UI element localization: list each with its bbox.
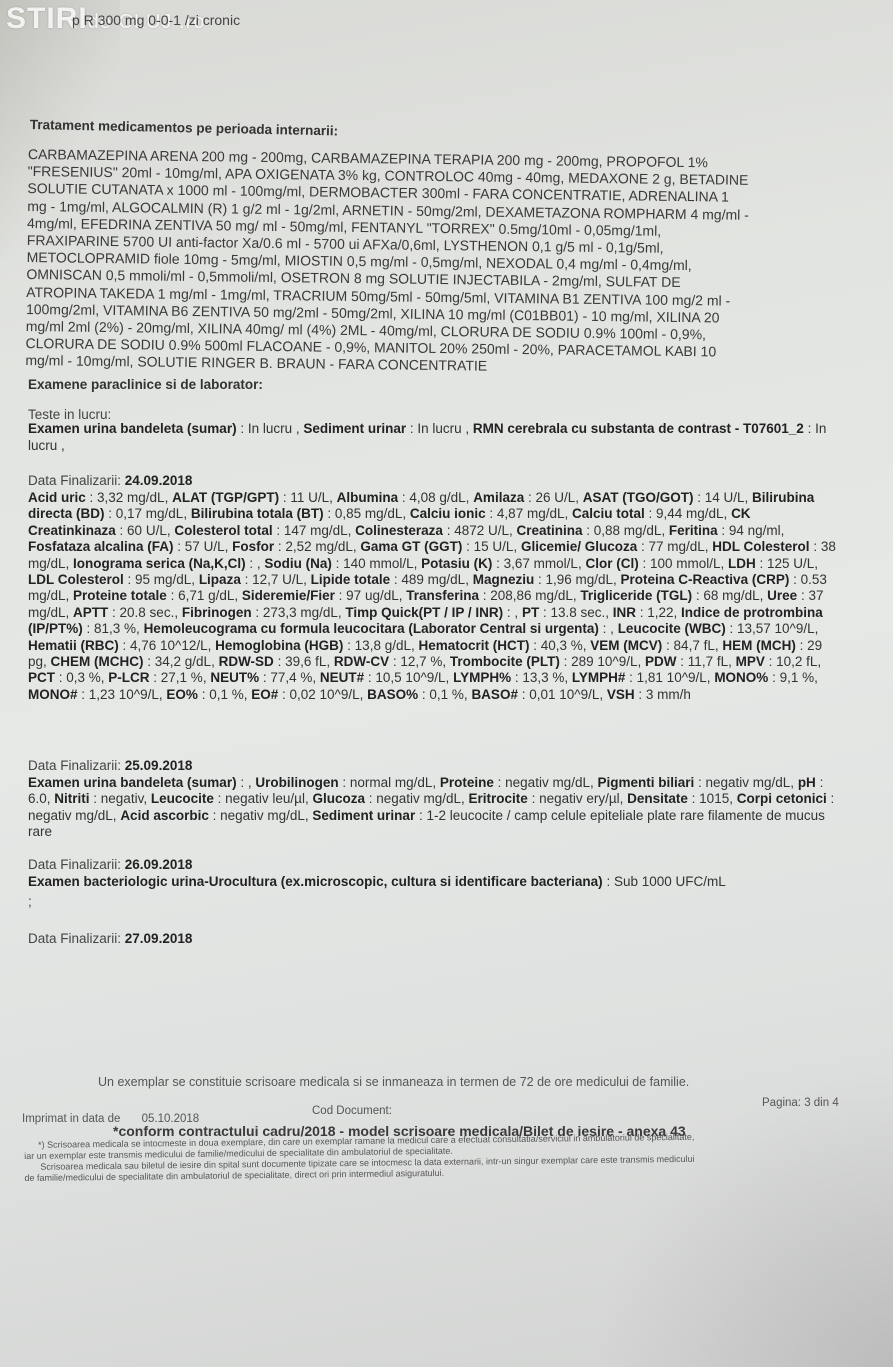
- test-name: Bilirubina totala (BT): [191, 506, 324, 521]
- test-value: : 10,2 fL,: [765, 654, 821, 669]
- treatment-list: CARBAMAZEPINA ARENA 200 mg - 200mg, CARB…: [25, 146, 828, 379]
- test-name: P-LCR: [108, 670, 149, 685]
- test-value: : 81,3 %,: [83, 621, 144, 636]
- test-value: : 39,6 fL,: [274, 654, 334, 669]
- test-name: BASO%: [367, 687, 418, 702]
- test-name: NEUT%: [210, 670, 259, 685]
- test-value: : 3,32 mg/dL,: [86, 490, 172, 505]
- test-value: : negativ ery/µl,: [528, 791, 627, 806]
- test-name: LYMPH%: [453, 670, 511, 685]
- test-value: : negativ mg/dL,: [209, 808, 313, 823]
- footer-notice: Un exemplar se constituie scrisoare medi…: [98, 1075, 689, 1089]
- test-name: Acid ascorbic: [120, 808, 209, 823]
- test-name: Ionograma serica (Na,K,Cl): [73, 556, 246, 571]
- test-name: NEUT#: [320, 670, 364, 685]
- test-value: : ,: [599, 621, 618, 636]
- test-value: : 147 mg/dL,: [273, 523, 356, 538]
- test-name: Leucocite: [151, 791, 214, 806]
- test-value: : 97 ug/dL,: [335, 588, 406, 603]
- test-value: : 20.8 sec.,: [108, 605, 182, 620]
- test-value: : 27,1 %,: [150, 670, 211, 685]
- test-name: CHEM (MCHC): [51, 654, 144, 669]
- test-value: : 94 ng/ml,: [718, 523, 785, 538]
- test-value: : 208,86 mg/dL,: [479, 588, 580, 603]
- test-name: Examen urina bandeleta (sumar): [28, 421, 237, 436]
- test-name: Examen bacteriologic urina-Urocultura (e…: [28, 874, 603, 889]
- test-status: : In lucru ,: [237, 421, 304, 436]
- photo-shadow-bottom: [593, 1067, 893, 1367]
- test-name: EO%: [166, 687, 198, 702]
- test-value: : 0,1 %,: [418, 687, 471, 702]
- test-value: : 34,2 g/dL,: [144, 654, 219, 669]
- test-value: : ,: [237, 775, 256, 790]
- lab-group: Data Finalizarii: 26.09.2018Examen bacte…: [28, 857, 838, 909]
- test-name: APTT: [73, 605, 108, 620]
- test-name: Hematocrit (HCT): [418, 638, 529, 653]
- test-value: : 84,7 fL,: [662, 638, 722, 653]
- test-name: Sodiu (Na): [264, 556, 332, 571]
- test-name: Amilaza: [473, 490, 524, 505]
- test-name: Calciu total: [572, 506, 645, 521]
- test-name: Proteina C-Reactiva (CRP): [621, 572, 790, 587]
- test-name: VEM (MCV): [590, 638, 662, 653]
- test-value: : normal mg/dL,: [339, 775, 440, 790]
- test-name: Fosfor: [232, 539, 274, 554]
- test-name: Trombocite (PLT): [450, 654, 560, 669]
- test-value: : 77 mg/dL,: [637, 539, 712, 554]
- test-name: Fosfataza alcalina (FA): [28, 539, 174, 554]
- lab-result-text: Examen urina bandeleta (sumar) : , Urobi…: [28, 775, 838, 841]
- test-value: : 1015,: [688, 791, 737, 806]
- test-name: Proteine: [440, 775, 494, 790]
- test-value: : 12,7 %,: [389, 654, 450, 669]
- test-value: : 11 U/L,: [279, 490, 337, 505]
- test-value: : 0,85 mg/dL,: [324, 506, 410, 521]
- test-name: Glicemie/ Glucoza: [521, 539, 637, 554]
- test-name: Fibrinogen: [182, 605, 252, 620]
- test-value: : 1,96 mg/dL,: [534, 572, 620, 587]
- test-name: Hemoglobina (HGB): [215, 638, 343, 653]
- test-value: : 140 mmol/L,: [332, 556, 421, 571]
- test-value: : 4,76 10^12/L,: [119, 638, 215, 653]
- test-status: : In lucru ,: [406, 421, 473, 436]
- test-value: : 100 mmol/L,: [639, 556, 728, 571]
- test-value: : negativ mg/dL,: [494, 775, 598, 790]
- test-value: : 11,7 fL,: [677, 654, 736, 669]
- test-value: : 4,87 mg/dL,: [486, 506, 572, 521]
- test-value: : 3,67 mmol/L,: [492, 556, 585, 571]
- test-value: : 9,1 %,: [768, 670, 818, 685]
- test-value: : 1,81 10^9/L,: [625, 670, 714, 685]
- test-name: HEM (MCH): [722, 638, 796, 653]
- test-name: Leucocite (WBC): [618, 621, 726, 636]
- test-name: Timp Quick(PT / IP / INR): [345, 605, 503, 620]
- test-value: : ,: [503, 605, 522, 620]
- test-name: Feritina: [669, 523, 718, 538]
- test-value: : negativ,: [90, 791, 151, 806]
- printed-label: Imprimat in data de: [22, 1113, 120, 1125]
- separator-mark: ;: [28, 894, 838, 909]
- completion-date-label: Data Finalizarii:: [28, 473, 125, 488]
- test-name: PT: [522, 605, 539, 620]
- test-name: ALAT (TGP/GPT): [172, 490, 279, 505]
- completion-date: 25.09.2018: [125, 758, 193, 773]
- lab-result-text: Acid uric : 3,32 mg/dL, ALAT (TGP/GPT) :…: [28, 490, 838, 703]
- completion-date-label: Data Finalizarii:: [28, 857, 125, 872]
- test-value: : 0,1 %,: [198, 687, 251, 702]
- test-name: BASO#: [471, 687, 518, 702]
- test-name: Eritrocite: [469, 791, 528, 806]
- test-value: : 95 mg/dL,: [124, 572, 199, 587]
- lab-group: Data Finalizarii: 25.09.2018Examen urina…: [28, 758, 838, 841]
- test-name: PCT: [28, 670, 55, 685]
- test-value: : 0,01 10^9/L,: [518, 687, 607, 702]
- test-name: LDL Colesterol: [28, 572, 124, 587]
- test-name: LDH: [728, 556, 756, 571]
- test-name: Magneziu: [473, 572, 535, 587]
- lab-result-text: Examen bacteriologic urina-Urocultura (e…: [28, 874, 838, 890]
- completion-date-row: Data Finalizarii: 25.09.2018: [28, 758, 838, 773]
- test-name: Sediment urinar: [303, 421, 406, 436]
- test-name: ASAT (TGO/GOT): [583, 490, 694, 505]
- in-progress-tests: Examen urina bandeleta (sumar) : In lucr…: [28, 420, 828, 454]
- test-value: : 4872 U/L,: [443, 523, 517, 538]
- test-value: : ,: [246, 556, 265, 571]
- test-name: Urobilinogen: [255, 775, 338, 790]
- test-value: : 10,5 10^9/L,: [364, 670, 453, 685]
- footer-notes: *) Scrisoarea medicala se intocmeste in …: [24, 1130, 854, 1184]
- test-name: Sediment urinar: [312, 808, 415, 823]
- test-name: pH: [798, 775, 816, 790]
- test-value: : 77,4 %,: [259, 670, 320, 685]
- test-value: : negativ mg/dL,: [694, 775, 798, 790]
- test-name: Clor (Cl): [585, 556, 638, 571]
- test-value: : 1,23 10^9/L,: [78, 687, 167, 702]
- test-name: Nitriti: [54, 791, 89, 806]
- test-value: : 4,08 g/dL,: [398, 490, 473, 505]
- exams-title: Examene paraclinice si de laborator:: [28, 377, 263, 392]
- test-value: : 13,3 %,: [511, 670, 572, 685]
- test-name: Creatinina: [517, 523, 583, 538]
- test-value: : Sub 1000 UFC/mL: [603, 874, 726, 889]
- test-name: Hemoleucograma cu formula leucocitara (L…: [144, 621, 599, 636]
- test-value: : 57 U/L,: [174, 539, 233, 554]
- test-value: : 9,44 mg/dL,: [645, 506, 731, 521]
- test-name: MONO%: [714, 670, 768, 685]
- completion-date-label: Data Finalizarii:: [28, 931, 125, 946]
- test-name: Hematii (RBC): [28, 638, 119, 653]
- test-name: VSH: [607, 687, 635, 702]
- test-name: MPV: [736, 654, 765, 669]
- test-value: : 68 mg/dL,: [692, 588, 767, 603]
- test-value: : negativ leu/µl,: [214, 791, 313, 806]
- test-name: Glucoza: [312, 791, 365, 806]
- test-name: RDW-CV: [334, 654, 389, 669]
- completion-date: 27.09.2018: [125, 931, 193, 946]
- test-value: : 0,17 mg/dL,: [105, 506, 191, 521]
- test-name: RMN cerebrala cu substanta de contrast -…: [473, 421, 804, 436]
- test-name: PDW: [645, 654, 677, 669]
- test-name: Albumina: [337, 490, 399, 505]
- test-name: Trigliceride (TGL): [580, 588, 692, 603]
- completion-date: 24.09.2018: [125, 473, 193, 488]
- test-name: Proteine totale: [73, 588, 167, 603]
- lab-group: Data Finalizarii: 24.09.2018Acid uric : …: [28, 473, 838, 703]
- test-name: Potasiu (K): [421, 556, 492, 571]
- test-value: : 60 U/L,: [116, 523, 175, 538]
- test-name: Colesterol total: [174, 523, 272, 538]
- test-name: Calciu ionic: [410, 506, 486, 521]
- test-value: : negativ mg/dL,: [365, 791, 469, 806]
- test-value: : 2,52 mg/dL,: [274, 539, 360, 554]
- test-name: Sideremie/Fier: [242, 588, 335, 603]
- test-value: : 0,88 mg/dL,: [583, 523, 669, 538]
- test-value: : 0,3 %,: [55, 670, 108, 685]
- test-name: Colinesteraza: [355, 523, 443, 538]
- test-name: Pigmenti biliari: [597, 775, 694, 790]
- test-value: : 0,02 10^9/L,: [278, 687, 367, 702]
- test-name: Transferina: [406, 588, 479, 603]
- cod-document-label: Cod Document:: [312, 1105, 392, 1117]
- test-name: LYMPH#: [572, 670, 626, 685]
- test-name: HDL Colesterol: [712, 539, 809, 554]
- completion-date-row: Data Finalizarii: 26.09.2018: [28, 857, 838, 872]
- test-value: : 289 10^9/L,: [560, 654, 645, 669]
- test-value: : 13.8 sec.,: [539, 605, 613, 620]
- test-name: Uree: [767, 588, 797, 603]
- test-value: : 489 mg/dL,: [390, 572, 473, 587]
- completion-date-label: Data Finalizarii:: [28, 758, 125, 773]
- test-name: EO#: [251, 687, 278, 702]
- test-name: MONO#: [28, 687, 78, 702]
- lab-group: Data Finalizarii: 27.09.2018: [28, 931, 838, 948]
- test-value: : 26 U/L,: [524, 490, 583, 505]
- test-value: : 1,22,: [636, 605, 681, 620]
- test-name: Gama GT (GGT): [360, 539, 462, 554]
- test-name: Lipide totale: [311, 572, 391, 587]
- test-name: Acid uric: [28, 490, 86, 505]
- test-value: : 3 mm/h: [635, 687, 691, 702]
- test-value: : 13,57 10^9/L,: [726, 621, 819, 636]
- test-name: Densitate: [627, 791, 688, 806]
- test-name: Examen urina bandeleta (sumar): [28, 775, 237, 790]
- test-name: INR: [613, 605, 636, 620]
- test-name: Corpi cetonici: [737, 791, 827, 806]
- test-value: : 13,8 g/dL,: [343, 638, 418, 653]
- test-name: RDW-SD: [219, 654, 274, 669]
- test-name: Lipaza: [199, 572, 241, 587]
- test-value: : 12,7 U/L,: [241, 572, 311, 587]
- completion-date-row: Data Finalizarii: 27.09.2018: [28, 931, 838, 946]
- test-value: : 125 U/L,: [756, 556, 818, 571]
- treatment-title: Tratament medicamentos pe perioada inter…: [30, 117, 339, 138]
- page-number: Pagina: 3 din 4: [762, 1097, 839, 1109]
- test-value: : 273,3 mg/dL,: [252, 605, 346, 620]
- test-value: : 40,3 %,: [530, 638, 591, 653]
- completion-date: 26.09.2018: [125, 857, 193, 872]
- test-value: : 14 U/L,: [694, 490, 753, 505]
- completion-date-row: Data Finalizarii: 24.09.2018: [28, 473, 838, 488]
- previous-page-carryover: p R 300 mg 0-0-1 /zi cronic: [72, 12, 240, 28]
- test-value: : 15 U/L,: [462, 539, 521, 554]
- test-value: : 6,71 g/dL,: [167, 588, 242, 603]
